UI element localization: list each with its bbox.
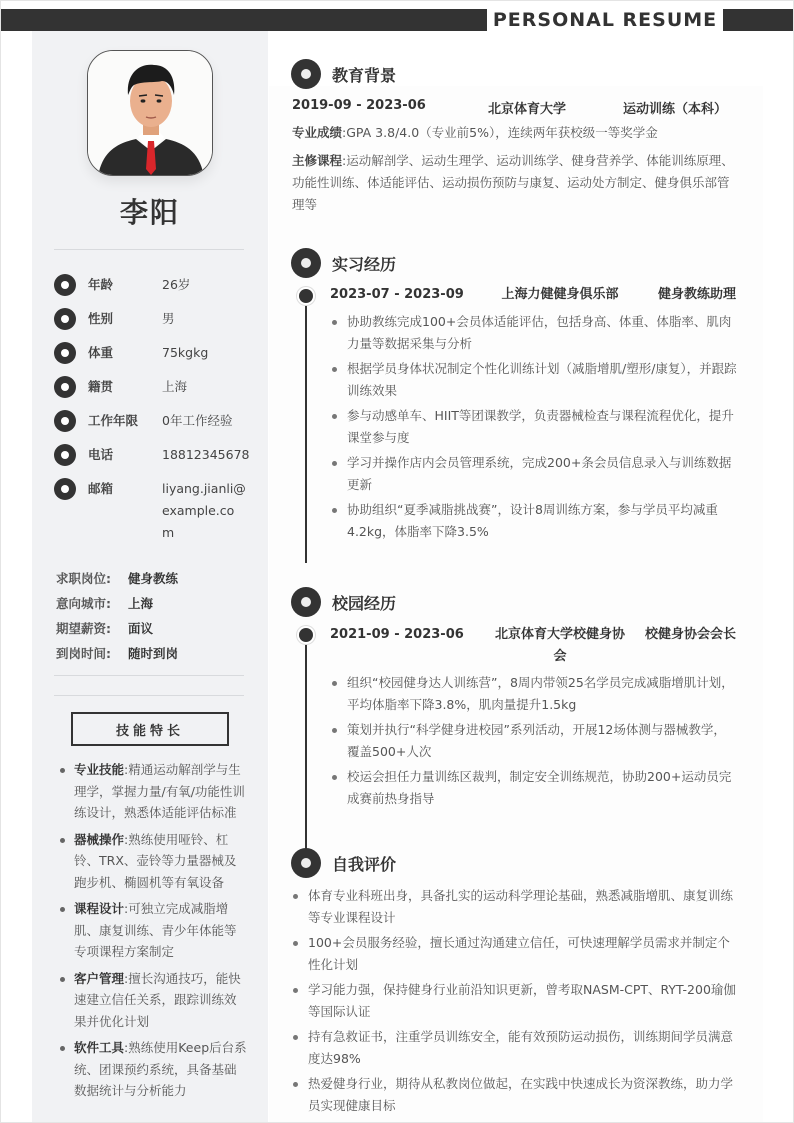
grades-text: GPA 3.8/4.0（专业前5%），连续两年获校级一等奖学金 — [346, 125, 658, 140]
skills-title: 技能特长 — [71, 712, 229, 746]
bullet-item: 协助教练完成100+会员体适能评估，包括身高、体重、体脂率、肌肉力量等数据采集与… — [330, 311, 738, 354]
courses-text: 运动解剖学、运动生理学、运动训练学、健身营养学、体能训练原理、功能性训练、体适能… — [292, 153, 734, 212]
bullet-item: 校运会担任力量训练区裁判，制定安全训练规范，协助200+运动员完成赛前热身指导 — [330, 766, 738, 809]
email-value[interactable]: liyang.jianli@example.com — [162, 478, 246, 544]
circle-dot-icon — [54, 410, 76, 432]
section-education-header: 教育背景 — [291, 59, 396, 89]
section-title: 校园经历 — [332, 591, 396, 614]
circle-dot-icon — [54, 342, 76, 364]
timeline-line — [305, 633, 307, 851]
info-label: 邮箱 — [88, 475, 162, 503]
bullet-item: 100+会员服务经验，擅长通过沟通建立信任，可快速理解学员需求并制定个性化计划 — [291, 932, 738, 975]
circle-dot-icon — [54, 444, 76, 466]
skill-label: 软件工具 — [74, 1040, 124, 1055]
info-value: 26岁 — [162, 271, 190, 299]
education-row: 2019-09 - 2023-06 北京体育大学 运动训练（本科） — [292, 98, 732, 117]
phone-value[interactable]: 18812345678 — [162, 441, 249, 469]
bullet-item: 根据学员身体状况制定个性化训练计划（减脂增肌/塑形/康复），并跟踪训练效果 — [330, 358, 738, 401]
sidebar: 李阳 年龄 26岁 性别 男 体重 75kgkg 籍贯 上海 — [32, 31, 268, 1123]
skill-item: 客户管理:擅长沟通技巧，能快速建立信任关系，跟踪训练效果并优化计划 — [56, 968, 248, 1033]
internship-org: 上海力健健身俱乐部 — [490, 284, 630, 306]
divider — [54, 675, 244, 676]
info-label: 年龄 — [88, 271, 162, 299]
header-title: PERSONAL RESUME — [493, 9, 717, 31]
intent-row: 到岗时间: 随时到岗 — [56, 643, 256, 668]
divider — [54, 249, 244, 250]
education-date: 2019-09 - 2023-06 — [292, 98, 488, 117]
campus-row: 2021-09 - 2023-06 北京体育大学校健身协会 校健身协会会长 — [330, 624, 736, 668]
intent-label: 到岗时间: — [56, 643, 128, 668]
person-name: 李阳 — [32, 191, 268, 231]
campus-role: 校健身协会会长 — [630, 624, 736, 668]
skill-label: 客户管理 — [74, 971, 124, 986]
bullet-item: 组织“校园健身达人训练营”，8周内带领25名学员完成减脂增肌计划，平均体脂率下降… — [330, 672, 738, 715]
intent-row: 求职岗位: 健身教练 — [56, 568, 256, 593]
info-label: 体重 — [88, 339, 162, 367]
intent-label: 意向城市: — [56, 593, 128, 618]
info-row-work-years: 工作年限 0年工作经验 — [54, 407, 254, 441]
section-title: 教育背景 — [332, 63, 396, 86]
timeline-dot-icon — [299, 628, 313, 642]
skill-label: 器械操作 — [74, 832, 124, 847]
intent-value: 上海 — [128, 593, 153, 618]
divider — [54, 695, 244, 696]
info-value: 75kgkg — [162, 339, 208, 367]
skill-label: 专业技能 — [74, 762, 124, 777]
skill-item: 课程设计:可独立完成减脂增肌、康复训练、青少年体能等专项课程方案制定 — [56, 898, 248, 963]
campus-date: 2021-09 - 2023-06 — [330, 624, 490, 668]
intent-value: 随时到岗 — [128, 643, 178, 668]
intent-label: 求职岗位: — [56, 568, 128, 593]
courses-label: 主修课程 — [292, 153, 342, 168]
intent-label: 期望薪资: — [56, 618, 128, 643]
bullet-item: 参与动感单车、HIIT等团课教学，负责器械检查与课程流程优化，提升课堂参与度 — [330, 405, 738, 448]
section-circle-icon — [291, 59, 321, 89]
internship-role: 健身教练助理 — [630, 284, 736, 306]
education-major: 运动训练（本科） — [623, 98, 727, 117]
resume-page: PERSONAL RESUME 李阳 年龄 — [0, 0, 794, 1123]
info-row-age: 年龄 26岁 — [54, 271, 254, 305]
section-campus-header: 校园经历 — [291, 587, 396, 617]
info-label: 工作年限 — [88, 407, 162, 435]
circle-dot-icon — [54, 478, 76, 500]
info-label: 性别 — [88, 305, 162, 333]
skill-item: 专业技能:精通运动解剖学与生理学，掌握力量/有氧/功能性训练设计，熟悉体适能评估… — [56, 759, 248, 824]
section-circle-icon — [291, 848, 321, 878]
skill-item: 器械操作:熟练使用哑铃、杠铃、TRX、壶铃等力量器械及跑步机、椭圆机等有氧设备 — [56, 829, 248, 894]
personal-info-list: 年龄 26岁 性别 男 体重 75kgkg 籍贯 上海 工作年限 0年工 — [54, 271, 254, 521]
self-eval-bullets: 体育专业科班出身，具备扎实的运动科学理论基础，熟悉减脂增肌、康复训练等专业课程设… — [291, 885, 738, 1120]
internship-date: 2023-07 - 2023-09 — [330, 284, 490, 306]
info-value: 男 — [162, 305, 175, 333]
education-courses: 主修课程:运动解剖学、运动生理学、运动训练学、健身营养学、体能训练原理、功能性训… — [292, 150, 736, 216]
campus-bullets: 组织“校园健身达人训练营”，8周内带领25名学员完成减脂增肌计划，平均体脂率下降… — [330, 672, 738, 813]
intent-row: 期望薪资: 面议 — [56, 618, 256, 643]
bullet-item: 体育专业科班出身，具备扎实的运动科学理论基础，熟悉减脂增肌、康复训练等专业课程设… — [291, 885, 738, 928]
header-title-box: PERSONAL RESUME — [487, 7, 723, 33]
bullet-item: 热爱健身行业，期待从私教岗位做起，在实践中快速成长为资深教练，助力学员实现健康目… — [291, 1073, 738, 1116]
main-content: 教育背景 2019-09 - 2023-06 北京体育大学 运动训练（本科） 专… — [269, 31, 763, 1123]
info-row-weight: 体重 75kgkg — [54, 339, 254, 373]
grades-label: 专业成绩 — [292, 125, 342, 140]
circle-dot-icon — [54, 274, 76, 296]
bullet-item: 协助组织“夏季减脂挑战赛”，设计8周训练方案，参与学员平均减重4.2kg，体脂率… — [330, 499, 738, 542]
internship-row: 2023-07 - 2023-09 上海力健健身俱乐部 健身教练助理 — [330, 284, 736, 306]
bullet-item: 策划并执行“科学健身进校园”系列活动，开展12场体测与器械教学，覆盖500+人次 — [330, 719, 738, 762]
skill-item: 软件工具:熟练使用Keep后台系统、团课预约系统，具备基础数据统计与分析能力 — [56, 1037, 248, 1102]
section-circle-icon — [291, 587, 321, 617]
info-row-hometown: 籍贯 上海 — [54, 373, 254, 407]
section-title: 实习经历 — [332, 252, 396, 275]
timeline-line — [305, 293, 307, 563]
avatar-portrait-icon — [88, 51, 213, 176]
job-intent: 求职岗位: 健身教练 意向城市: 上海 期望薪资: 面议 到岗时间: 随时到岗 — [56, 568, 256, 668]
info-row-phone: 电话 18812345678 — [54, 441, 254, 475]
info-label: 电话 — [88, 441, 162, 469]
campus-org: 北京体育大学校健身协会 — [490, 624, 630, 668]
info-value: 上海 — [162, 373, 187, 401]
info-value: 0年工作经验 — [162, 407, 232, 435]
skill-label: 课程设计 — [74, 901, 124, 916]
section-internship-header: 实习经历 — [291, 248, 396, 278]
education-school: 北京体育大学 — [488, 98, 623, 117]
bullet-item: 学习能力强，保持健身行业前沿知识更新，曾考取NASM-CPT、RYT-200瑜伽… — [291, 979, 738, 1022]
timeline-dot-icon — [299, 289, 313, 303]
bullet-item: 学习并操作店内会员管理系统，完成200+条会员信息录入与训练数据更新 — [330, 452, 738, 495]
bullet-item: 持有急救证书，注重学员训练安全，能有效预防运动损伤，训练期间学员满意度达98% — [291, 1026, 738, 1069]
section-title: 自我评价 — [332, 852, 396, 875]
intent-value: 健身教练 — [128, 568, 178, 593]
circle-dot-icon — [54, 376, 76, 398]
internship-bullets: 协助教练完成100+会员体适能评估，包括身高、体重、体脂率、肌肉力量等数据采集与… — [330, 311, 738, 546]
skills-list: 专业技能:精通运动解剖学与生理学，掌握力量/有氧/功能性训练设计，熟悉体适能评估… — [56, 759, 248, 1107]
info-row-gender: 性别 男 — [54, 305, 254, 339]
circle-dot-icon — [54, 308, 76, 330]
avatar — [87, 50, 213, 176]
section-self-eval-header: 自我评价 — [291, 848, 396, 878]
intent-value: 面议 — [128, 618, 153, 643]
info-label: 籍贯 — [88, 373, 162, 401]
intent-row: 意向城市: 上海 — [56, 593, 256, 618]
section-circle-icon — [291, 248, 321, 278]
info-row-email: 邮箱 liyang.jianli@example.com — [54, 475, 254, 521]
education-grades: 专业成绩:GPA 3.8/4.0（专业前5%），连续两年获校级一等奖学金 — [292, 122, 736, 144]
